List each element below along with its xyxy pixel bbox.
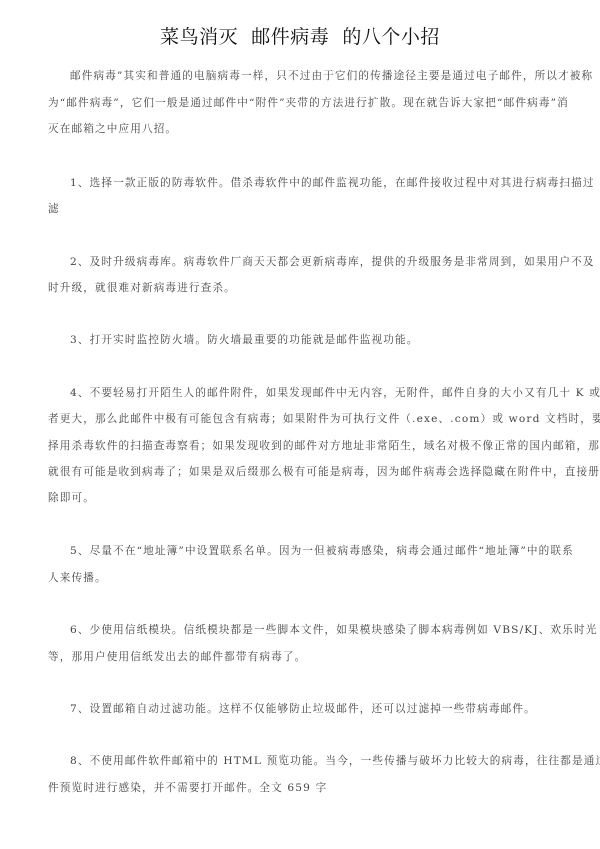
- text-line: 2、及时升级病毒库。病毒软件厂商天天都会更新病毒库，提供的升级服务是非常周到，如…: [70, 255, 590, 269]
- text-line: 5、尽量不在“地址簿”中设置联系名单。因为一但被病毒感染，病毒会通过邮件“地址簿…: [70, 544, 590, 558]
- text-line: 3、打开实时监控防火墙。防火墙最重要的功能就是邮件监视功能。: [70, 333, 590, 347]
- text-line: 者更大，那么此邮件中极有可能包含有病毒；如果附件为可执行文件（.exe、.com…: [48, 412, 568, 426]
- text-line: 除即可。: [48, 491, 568, 505]
- text-line: 件预览时进行感染，并不需要打开邮件。全文 659 字: [48, 781, 568, 795]
- text-line: 6、少使用信纸模块。信纸模块都是一些脚本文件，如果模块感染了脚本病毒例如 VBS…: [70, 623, 590, 637]
- text-line: 4、不要轻易打开陌生人的邮件附件，如果发现邮件中无内容，无附件，邮件自身的大小又…: [70, 386, 590, 400]
- text-line: 等，那用户使用信纸发出去的邮件都带有病毒了。: [48, 650, 568, 664]
- text-line: 人来传播。: [48, 571, 568, 585]
- document-title: 菜鸟消灭 邮件病毒 的八个小招: [0, 22, 600, 49]
- text-line: 滤: [48, 202, 568, 216]
- text-line: 就很有可能是收到病毒了；如果是双后缀那么极有可能是病毒，因为邮件病毒会选择隐藏在…: [48, 465, 568, 479]
- text-line: 时升级，就很难对新病毒进行查杀。: [48, 281, 568, 295]
- text-line: 为“邮件病毒”，它们一般是通过邮件中“附件”夹带的方法进行扩散。现在就告诉大家把…: [48, 96, 568, 110]
- text-line: 1、选择一款正版的防毒软件。借杀毒软件中的邮件监视功能，在邮件接收过程中对其进行…: [70, 176, 590, 190]
- text-line: 灭在邮箱之中应用八招。: [48, 122, 568, 136]
- text-line: 8、不使用邮件软件邮箱中的 HTML 预览功能。当今，一些传播与破坏力比较大的病…: [70, 754, 590, 768]
- text-line: 择用杀毒软件的扫描查毒察看；如果发现收到的邮件对方地址非常陌生，域名对极不像正常…: [48, 439, 568, 453]
- text-line: 7、设置邮箱自动过滤功能。这样不仅能够防止垃圾邮件，还可以过滤掉一些带病毒邮件。: [70, 702, 590, 716]
- text-line: 邮件病毒”其实和普通的电脑病毒一样，只不过由于它们的传播途径主要是通过电子邮件，…: [70, 69, 590, 83]
